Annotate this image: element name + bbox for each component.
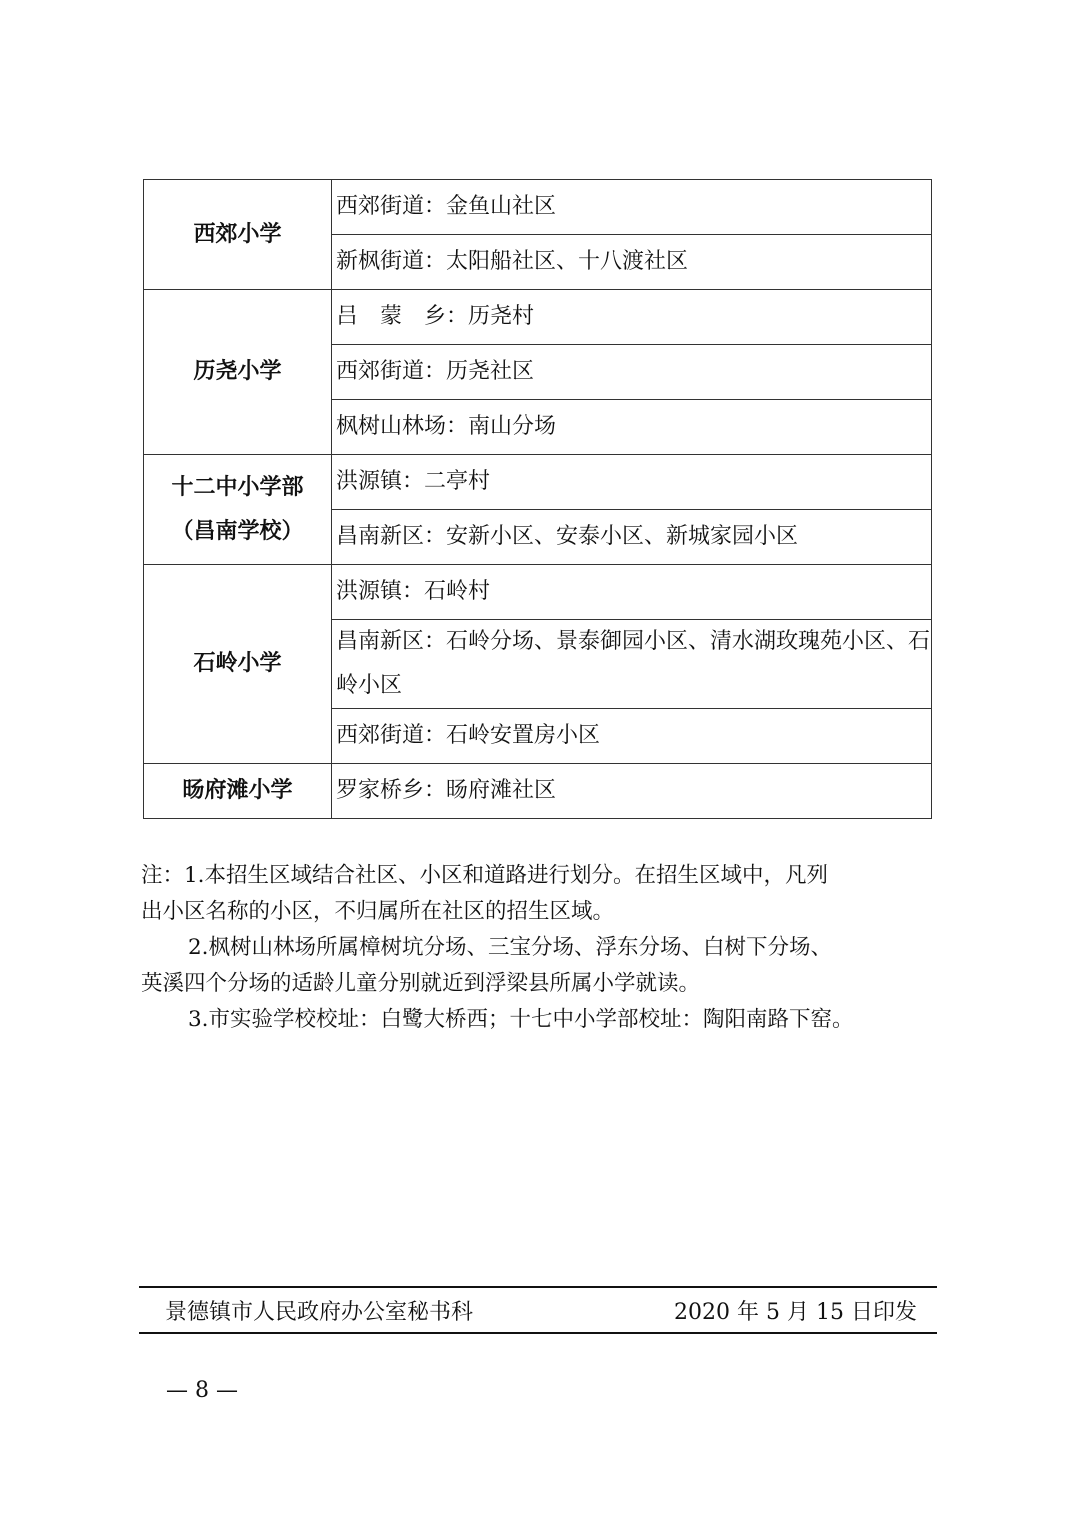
school-name-line1: 十二中小学部 xyxy=(144,466,331,510)
school-cell: 石岭小学 xyxy=(144,565,332,764)
school-cell: 历尧小学 xyxy=(144,290,332,455)
issue-date: 2020 年 5 月 15 日印发 xyxy=(674,1295,917,1326)
enrollment-zone-table: 西郊小学 西郊街道：金鱼山社区 新枫街道：太阳船社区、十八渡社区 历尧小学 吕 … xyxy=(143,179,932,819)
area-cell: 昌南新区：石岭分场、景泰御园小区、清水湖玫瑰苑小区、石岭小区 xyxy=(332,620,932,709)
area-cell: 枫树山林场：南山分场 xyxy=(332,400,932,455)
note-2-line2: 英溪四个分场的适龄儿童分别就近到浮梁县所属小学就读。 xyxy=(141,966,941,1002)
school-cell: 十二中小学部 （昌南学校） xyxy=(144,455,332,565)
note-1-line1: 注：1.本招生区域结合社区、小区和道路进行划分。在招生区域中，凡列 xyxy=(141,858,941,894)
area-cell: 西郊街道：石岭安置房小区 xyxy=(332,709,932,764)
school-name-line2: （昌南学校） xyxy=(144,510,331,554)
school-cell: 旸府滩小学 xyxy=(144,764,332,819)
area-cell: 洪源镇：石岭村 xyxy=(332,565,932,620)
area-cell: 吕 蒙 乡：历尧村 xyxy=(332,290,932,345)
area-cell: 西郊街道：历尧社区 xyxy=(332,345,932,400)
note-1-line2: 出小区名称的小区，不归属所在社区的招生区域。 xyxy=(141,894,941,930)
note-3: 3.市实验学校校址：白鹭大桥西；十七中小学部校址：陶阳南路下窑。 xyxy=(141,1002,941,1038)
note-2-line1: 2.枫树山林场所属樟树坑分场、三宝分场、浮东分场、白树下分场、 xyxy=(141,930,941,966)
area-cell: 洪源镇：二亭村 xyxy=(332,455,932,510)
issuer-name: 景德镇市人民政府办公室秘书科 xyxy=(165,1295,473,1326)
area-cell: 昌南新区：安新小区、安泰小区、新城家园小区 xyxy=(332,510,932,565)
page-number: — 8 — xyxy=(166,1378,238,1403)
notes-section: 注：1.本招生区域结合社区、小区和道路进行划分。在招生区域中，凡列 出小区名称的… xyxy=(141,858,941,1038)
area-cell: 西郊街道：金鱼山社区 xyxy=(332,180,932,235)
school-cell: 西郊小学 xyxy=(144,180,332,290)
area-cell: 罗家桥乡：旸府滩社区 xyxy=(332,764,932,819)
issuance-footer: 景德镇市人民政府办公室秘书科 2020 年 5 月 15 日印发 xyxy=(139,1286,937,1334)
area-cell: 新枫街道：太阳船社区、十八渡社区 xyxy=(332,235,932,290)
